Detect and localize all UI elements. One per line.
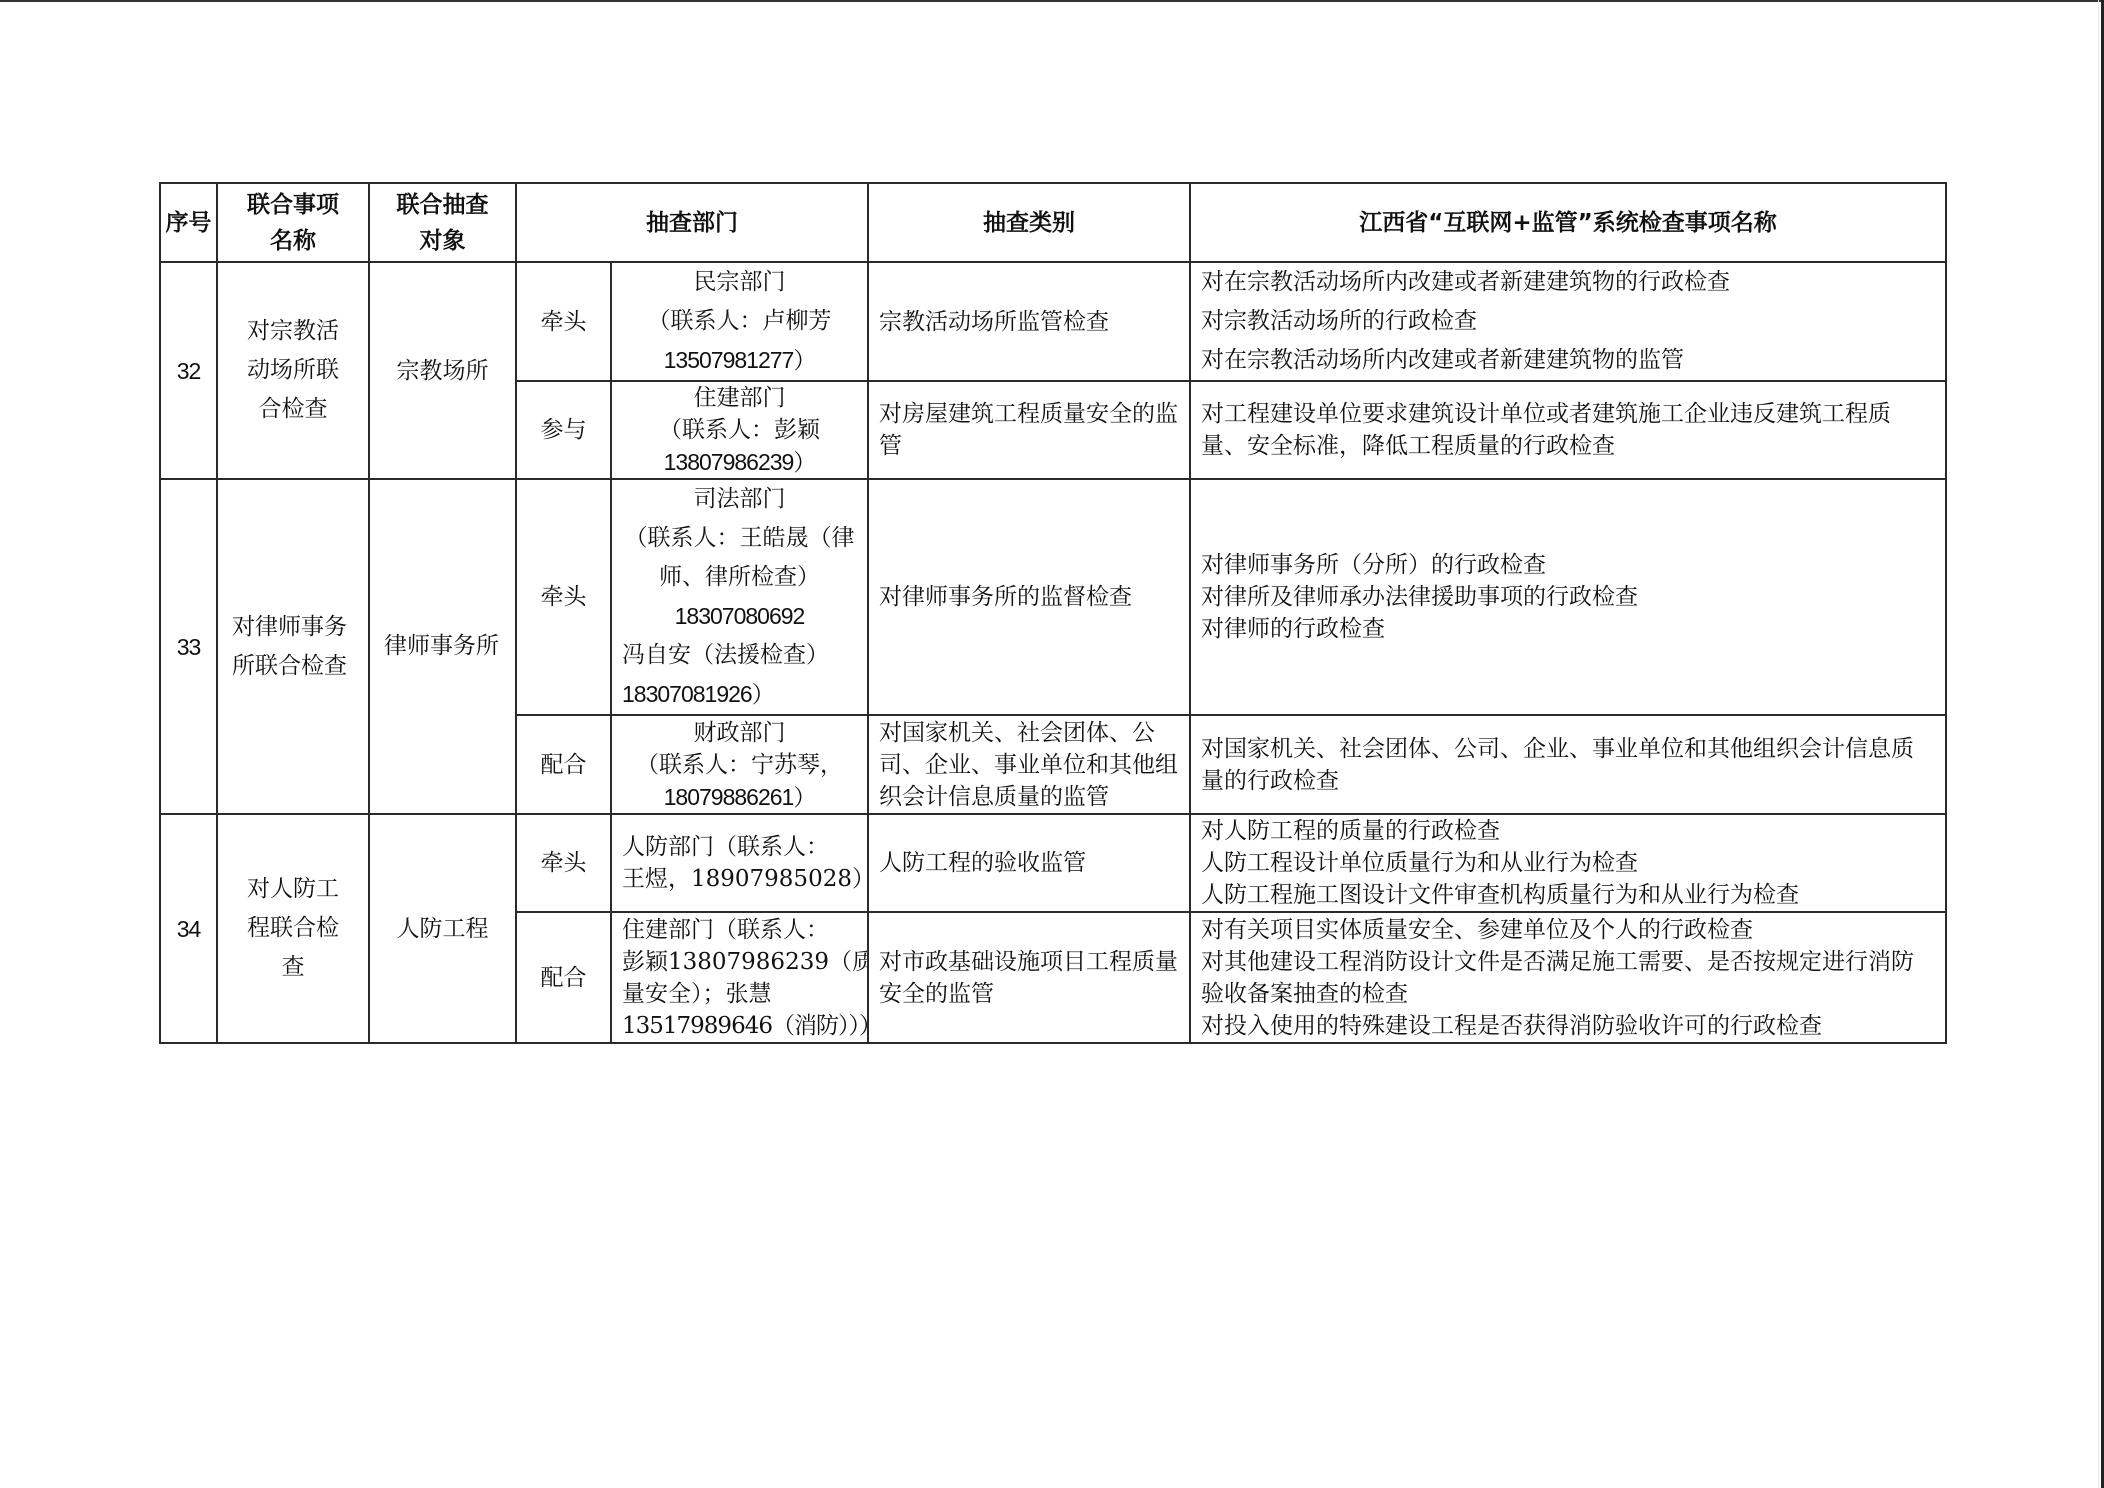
header-item-name: 联合事项名称	[217, 183, 369, 262]
department-line: 住建部门	[622, 382, 857, 414]
target-cell: 人防工程	[369, 814, 516, 1043]
header-row: 序号 联合事项名称 联合抽查对象 抽查部门 抽查类别 江西省“互联网+监管”系统…	[160, 183, 1946, 262]
seq-cell: 33	[160, 479, 217, 814]
system-item: 对人防工程的质量的行政检查	[1201, 815, 1935, 847]
seq-number: 34	[177, 916, 201, 942]
category-cell: 对国家机关、社会团体、公司、企业、事业单位和其他组织会计信息质量的监管	[868, 715, 1190, 814]
header-department-label: 抽查部门	[646, 210, 738, 236]
system-items-cell: 对工程建设单位要求建筑设计单位或者建筑施工企业违反建筑工程质量、安全标准，降低工…	[1190, 381, 1946, 479]
system-item: 对律所及律师承办法律援助事项的行政检查	[1201, 581, 1935, 613]
category: 对市政基础设施项目工程质量安全的监管	[879, 946, 1179, 1010]
system-item: 对有关项目实体质量安全、参建单位及个人的行政检查	[1201, 914, 1935, 946]
role-label: 牵头	[541, 850, 587, 876]
system-item: 对宗教活动场所的行政检查	[1201, 302, 1935, 341]
page-top-border	[0, 0, 2104, 2]
department-phone: 18307081926）	[622, 675, 857, 714]
table-row: 34 对人防工程联合检查 人防工程 牵头 人防部门（联系人： 王煜，189079…	[160, 814, 1946, 912]
category: 对房屋建筑工程质量安全的监管	[879, 398, 1179, 462]
department-cell: 司法部门 （联系人：王皓晟（律 师、律所检查） 18307080692 冯自安（…	[611, 479, 868, 715]
category: 宗教活动场所监管检查	[879, 309, 1109, 335]
header-seq-label: 序号	[165, 205, 212, 241]
system-item: 对其他建设工程消防设计文件是否满足施工需要、是否按规定进行消防验收备案抽查的检查	[1201, 946, 1935, 1010]
role-cell: 参与	[516, 381, 611, 479]
system-items-cell: 对有关项目实体质量安全、参建单位及个人的行政检查 对其他建设工程消防设计文件是否…	[1190, 912, 1946, 1043]
role-label: 牵头	[541, 309, 587, 335]
category-cell: 对律师事务所的监督检查	[868, 479, 1190, 715]
department-line: （联系人：宁苏琴，	[622, 749, 857, 781]
department-line: 师、律所检查）	[622, 558, 857, 597]
department-line: 彭颖13807986239（质	[622, 946, 863, 978]
item-name: 对人防工程联合检查	[240, 870, 346, 987]
item-name-cell: 对律师事务所联合检查	[217, 479, 369, 814]
role-label: 配合	[541, 752, 587, 778]
system-item: 对律师的行政检查	[1201, 613, 1935, 645]
system-item: 对工程建设单位要求建筑设计单位或者建筑施工企业违反建筑工程质量、安全标准，降低工…	[1201, 398, 1935, 462]
system-items-cell: 对人防工程的质量的行政检查 人防工程设计单位质量行为和从业行为检查 人防工程施工…	[1190, 814, 1946, 912]
page-right-shadow	[2098, 0, 2099, 1488]
target: 律师事务所	[384, 627, 501, 666]
item-name-cell: 对人防工程联合检查	[217, 814, 369, 1043]
department-line: （联系人：彭颖	[622, 414, 857, 446]
header-item-name-label: 联合事项名称	[240, 187, 346, 259]
header-system-item: 江西省“互联网+监管”系统检查事项名称	[1190, 183, 1946, 262]
department-cell: 人防部门（联系人： 王煜，18907985028）	[611, 814, 868, 912]
header-category: 抽查类别	[868, 183, 1190, 262]
department-phone: 18307080692	[622, 597, 857, 636]
table-row: 32 对宗教活动场所联合检查 宗教场所 牵头 民宗部门 （联系人：卢柳芳 135…	[160, 262, 1946, 381]
target-cell: 宗教场所	[369, 262, 516, 479]
header-department: 抽查部门	[516, 183, 868, 262]
target: 宗教场所	[397, 358, 489, 384]
department-cell: 住建部门（联系人： 彭颖13807986239（质 量安全）；张慧 135179…	[611, 912, 868, 1043]
role-cell: 配合	[516, 715, 611, 814]
system-item: 人防工程施工图设计文件审查机构质量行为和从业行为检查	[1201, 879, 1935, 911]
category-cell: 对市政基础设施项目工程质量安全的监管	[868, 912, 1190, 1043]
role-label: 配合	[541, 965, 587, 991]
seq-number: 32	[177, 358, 201, 384]
department-line: 量安全）；张慧	[622, 978, 863, 1010]
system-item: 对律师事务所（分所）的行政检查	[1201, 549, 1935, 581]
department-line: 冯自安（法援检查）	[622, 636, 857, 675]
system-items-cell: 对国家机关、社会团体、公司、企业、事业单位和其他组织会计信息质量的行政检查	[1190, 715, 1946, 814]
department-line: 13517989646（消防）））	[622, 1010, 863, 1042]
item-name-cell: 对宗教活动场所联合检查	[217, 262, 369, 479]
department-line: 王煜，18907985028）	[622, 863, 857, 895]
department-line: 民宗部门	[622, 263, 857, 302]
department-cell: 民宗部门 （联系人：卢柳芳 13507981277）	[611, 262, 868, 381]
department-line: 财政部门	[622, 717, 857, 749]
item-name: 对宗教活动场所联合检查	[240, 312, 346, 429]
role-cell: 配合	[516, 912, 611, 1043]
role-label: 牵头	[541, 584, 587, 610]
header-target-label: 联合抽查对象	[390, 187, 495, 259]
header-seq: 序号	[160, 183, 217, 262]
role-cell: 牵头	[516, 814, 611, 912]
system-items-cell: 对律师事务所（分所）的行政检查 对律所及律师承办法律援助事项的行政检查 对律师的…	[1190, 479, 1946, 715]
department-line: 司法部门	[622, 480, 857, 519]
department-cell: 财政部门 （联系人：宁苏琴， 18079886261）	[611, 715, 868, 814]
category-cell: 宗教活动场所监管检查	[868, 262, 1190, 381]
category: 对律师事务所的监督检查	[879, 584, 1132, 610]
department-phone: 18079886261）	[622, 781, 857, 813]
department-phone: 13507981277）	[622, 341, 857, 380]
category-cell: 人防工程的验收监管	[868, 814, 1190, 912]
seq-number: 33	[177, 634, 201, 660]
header-target: 联合抽查对象	[369, 183, 516, 262]
department-line: （联系人：卢柳芳	[622, 302, 857, 341]
department-line: （联系人：王皓晟（律	[622, 519, 857, 558]
table-row: 33 对律师事务所联合检查 律师事务所 牵头 司法部门 （联系人：王皓晟（律 师…	[160, 479, 1946, 715]
department-line: 住建部门（联系人：	[622, 914, 863, 946]
department-phone: 13807986239）	[622, 446, 857, 478]
department-line: 人防部门（联系人：	[622, 831, 857, 863]
system-item: 对在宗教活动场所内改建或者新建建筑物的行政检查	[1201, 263, 1935, 302]
header-category-label: 抽查类别	[983, 210, 1075, 236]
system-item: 对投入使用的特殊建设工程是否获得消防验收许可的行政检查	[1201, 1010, 1935, 1042]
system-item: 对在宗教活动场所内改建或者新建建筑物的监管	[1201, 341, 1935, 380]
role-cell: 牵头	[516, 262, 611, 381]
role-label: 参与	[541, 417, 587, 443]
role-cell: 牵头	[516, 479, 611, 715]
seq-cell: 32	[160, 262, 217, 479]
system-item: 人防工程设计单位质量行为和从业行为检查	[1201, 847, 1935, 879]
system-items-cell: 对在宗教活动场所内改建或者新建建筑物的行政检查 对宗教活动场所的行政检查 对在宗…	[1190, 262, 1946, 381]
category: 对国家机关、社会团体、公司、企业、事业单位和其他组织会计信息质量的监管	[879, 717, 1179, 813]
system-item: 对国家机关、社会团体、公司、企业、事业单位和其他组织会计信息质量的行政检查	[1201, 733, 1935, 797]
department-cell: 住建部门 （联系人：彭颖 13807986239）	[611, 381, 868, 479]
category-cell: 对房屋建筑工程质量安全的监管	[868, 381, 1190, 479]
seq-cell: 34	[160, 814, 217, 1043]
header-system-item-label: 江西省“互联网+监管”系统检查事项名称	[1359, 210, 1777, 236]
category: 人防工程的验收监管	[879, 850, 1086, 876]
target: 人防工程	[397, 916, 489, 942]
target-cell: 律师事务所	[369, 479, 516, 814]
joint-inspection-table: 序号 联合事项名称 联合抽查对象 抽查部门 抽查类别 江西省“互联网+监管”系统…	[159, 182, 1947, 1044]
item-name: 对律师事务所联合检查	[232, 608, 356, 686]
